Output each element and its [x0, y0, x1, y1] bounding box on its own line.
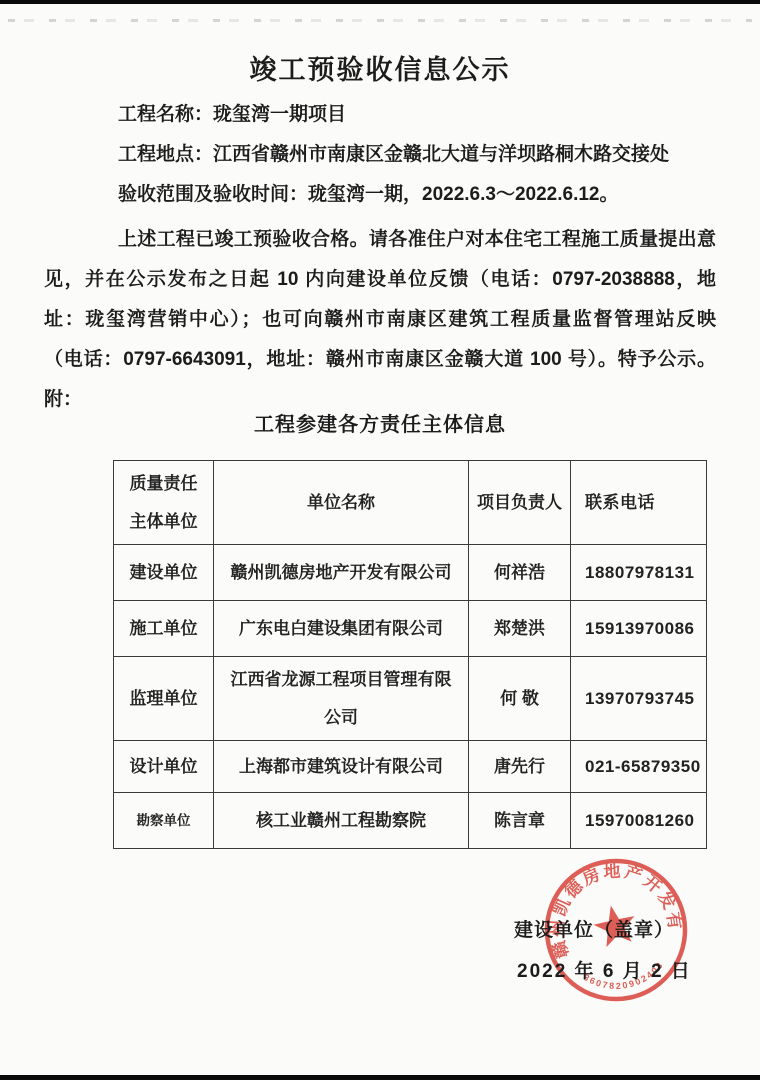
unit-cell: 广东电白建设集团有限公司 [214, 601, 469, 657]
person-cell: 唐先行 [469, 741, 571, 793]
unit-cell: 上海都市建筑设计有限公司 [214, 741, 469, 793]
scan-artifact-top-strip [0, 0, 760, 4]
unit-cell: 核工业赣州工程勘察院 [214, 793, 469, 849]
scan-artifact-noise-line [8, 19, 752, 22]
phone-cell: 18807978131 [571, 545, 707, 601]
project-name-line: 工程名称：珑玺湾一期项目 [44, 95, 716, 135]
table-title: 工程参建各方责任主体信息 [0, 408, 760, 437]
table-header-row: 质量责任 主体单位 单位名称 项目负责人 联系电话 [114, 461, 707, 545]
header-project-manager: 项目负责人 [469, 461, 571, 545]
table-row: 监理单位 江西省龙源工程项目管理有限 公司 何 敬 13970793745 [114, 657, 707, 741]
construction-unit-seal-label: 建设单位（盖章） [514, 915, 674, 942]
unit-cell: 赣州凯德房地产开发有限公司 [214, 545, 469, 601]
project-info-block: 工程名称：珑玺湾一期项目 工程地点：江西省赣州市南康区金赣北大道与洋坝路桐木路交… [44, 95, 716, 215]
header-contact-phone: 联系电话 [571, 461, 707, 545]
acceptance-scope-line: 验收范围及验收时间：珑玺湾一期，2022.6.3～2022.6.12。 [44, 175, 716, 215]
person-cell: 郑楚洪 [469, 601, 571, 657]
header-responsibility-unit: 质量责任 主体单位 [114, 461, 214, 545]
table-row: 勘察单位 核工业赣州工程勘察院 陈言章 15970081260 [114, 793, 707, 849]
person-cell: 何祥浩 [469, 545, 571, 601]
table-row: 建设单位 赣州凯德房地产开发有限公司 何祥浩 18807978131 [114, 545, 707, 601]
phone-cell: 13970793745 [571, 657, 707, 741]
paragraph-line: 见，并在公示发布之日起 10 内向建设单位反馈（电话：0797-2038888，… [44, 260, 716, 300]
role-cell: 设计单位 [114, 741, 214, 793]
table-row: 设计单位 上海都市建筑设计有限公司 唐先行 021-65879350 [114, 741, 707, 793]
table-row: 施工单位 广东电白建设集团有限公司 郑楚洪 15913970086 [114, 601, 707, 657]
paragraph-line: （电话：0797-6643091，地址：赣州市南康区金赣大道 100 号）。特予… [44, 340, 716, 380]
person-cell: 陈言章 [469, 793, 571, 849]
phone-cell: 021-65879350 [571, 741, 707, 793]
scanned-document-page: 竣工预验收信息公示 工程名称：珑玺湾一期项目 工程地点：江西省赣州市南康区金赣北… [0, 0, 760, 1080]
document-title: 竣工预验收信息公示 [0, 48, 760, 87]
role-cell: 监理单位 [114, 657, 214, 741]
scan-artifact-bottom-strip [0, 1075, 760, 1080]
project-location-line: 工程地点：江西省赣州市南康区金赣北大道与洋坝路桐木路交接处 [44, 135, 716, 175]
svg-text:赣州凯德房地产开发有限公司: 赣州凯德房地产开发有限公司 [540, 854, 688, 965]
notice-paragraph: 上述工程已竣工预验收合格。请各准住户对本住宅工程施工质量提出意 见，并在公示发布… [44, 220, 716, 420]
person-cell: 何 敬 [469, 657, 571, 741]
role-cell: 施工单位 [114, 601, 214, 657]
document-date: 2022 年 6 月 2 日 [517, 956, 692, 983]
responsibility-parties-table: 质量责任 主体单位 单位名称 项目负责人 联系电话 建设单位 赣州凯德房地产开发… [113, 460, 707, 849]
phone-cell: 15913970086 [571, 601, 707, 657]
paragraph-line: 址：珑玺湾营销中心）；也可向赣州市南康区建筑工程质量监督管理站反映 [44, 300, 716, 340]
unit-cell: 江西省龙源工程项目管理有限 公司 [214, 657, 469, 741]
paragraph-line: 上述工程已竣工预验收合格。请各准住户对本住宅工程施工质量提出意 [44, 220, 716, 260]
seal-company-arc-text: 赣州凯德房地产开发有限公司 [540, 854, 688, 965]
phone-cell: 15970081260 [571, 793, 707, 849]
role-cell: 勘察单位 [114, 793, 214, 849]
header-unit-name: 单位名称 [214, 461, 469, 545]
role-cell: 建设单位 [114, 545, 214, 601]
